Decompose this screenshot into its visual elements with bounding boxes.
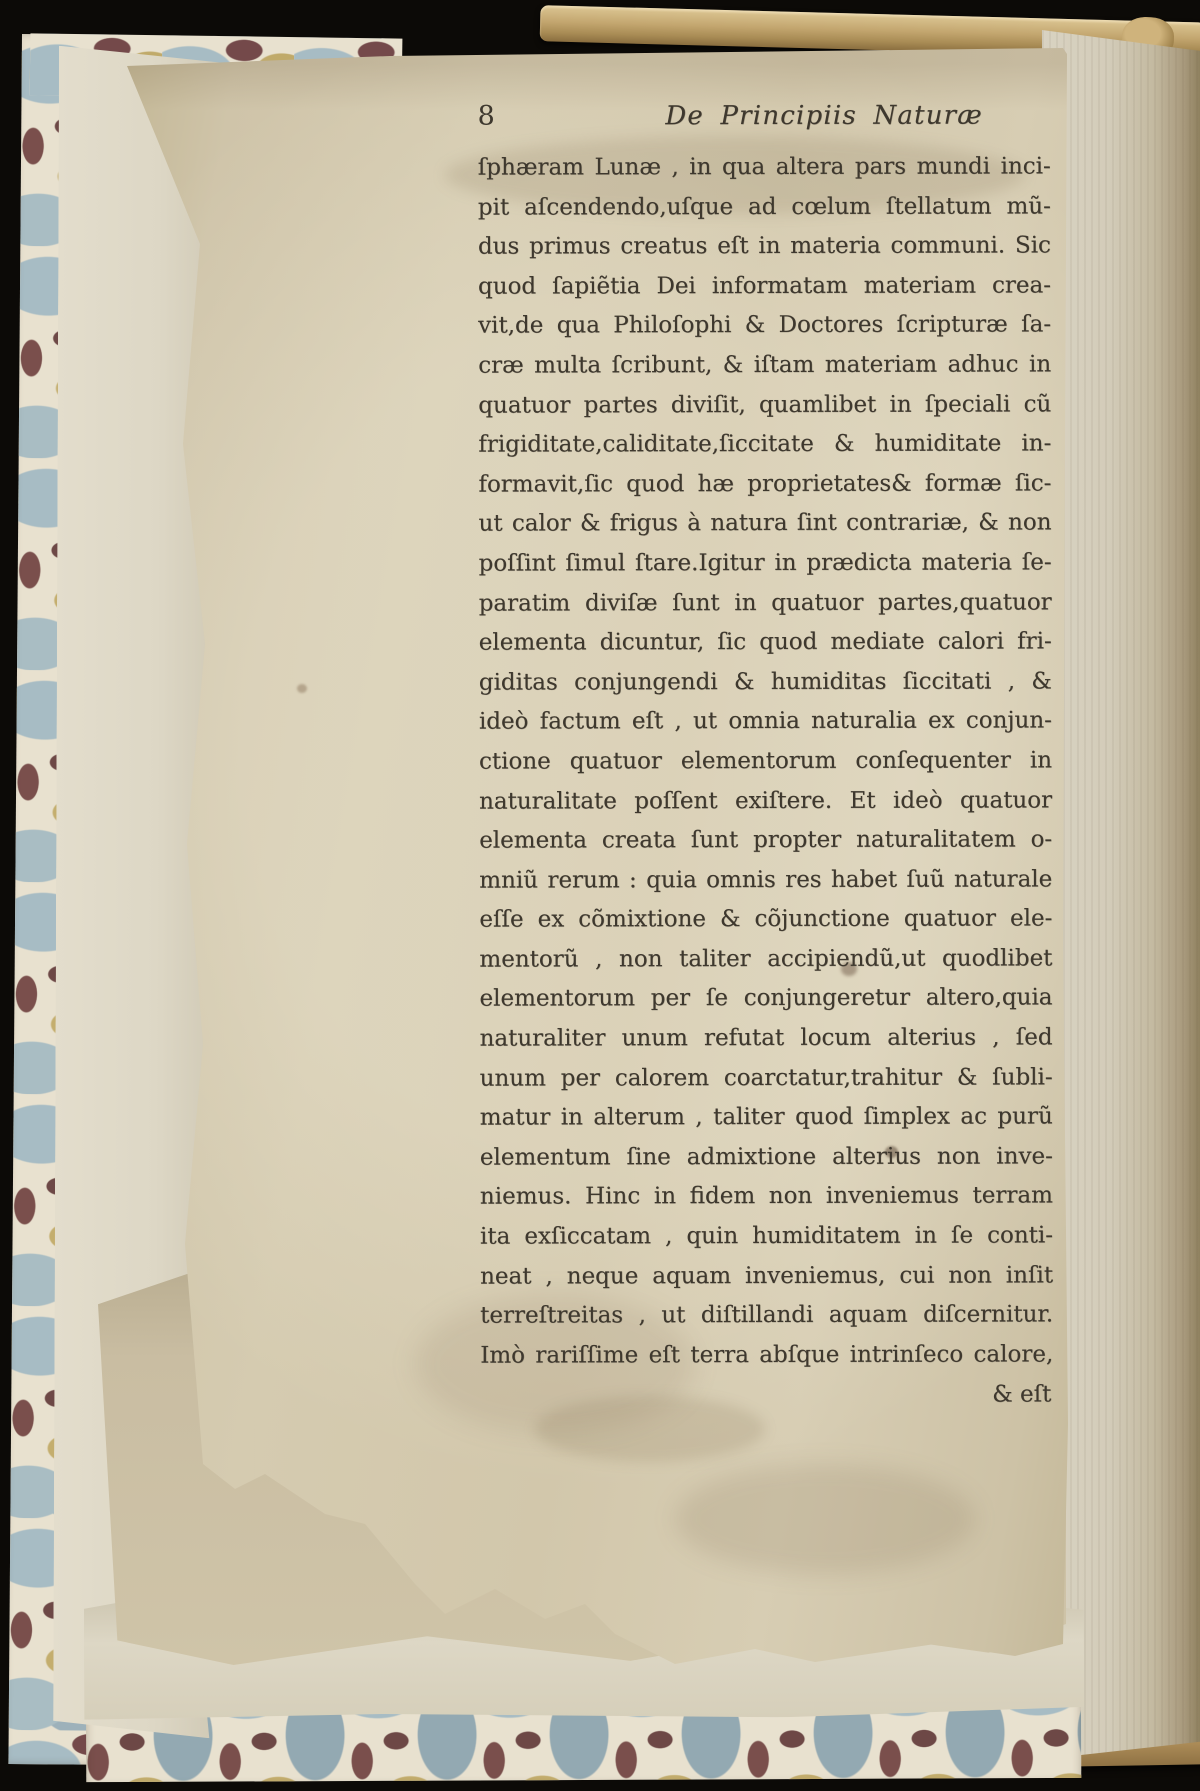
- text-line: mniũ rerum : quia omnis res habet ſuũ na…: [479, 860, 1052, 901]
- text-line: giditas conjungendi & humiditas ſiccitat…: [479, 662, 1052, 703]
- text-line: unum per calorem coarctatur,trahitur & ſ…: [480, 1058, 1053, 1099]
- text-line: ideò factum eſt , ut omnia naturalia ex …: [479, 702, 1052, 743]
- text-line: quatuor partes diviſit, quamlibet in ſpe…: [478, 385, 1051, 426]
- scan-background: { "document": { "kind": "early printed b…: [0, 0, 1200, 1791]
- text-line: Imò rariſſime eſt terra abſque intrinſec…: [480, 1335, 1053, 1376]
- text-line: elementum ſine admixtione alterius non i…: [480, 1137, 1053, 1178]
- text-line: ita exſiccatam , quin humiditatem in ſe …: [480, 1216, 1053, 1257]
- text-line: frigiditate,caliditate,ſiccitate & humid…: [478, 425, 1051, 466]
- catchword: & eſt: [480, 1375, 1053, 1416]
- text-line: terreſtreitas , ut diſtillandi aquam diſ…: [480, 1296, 1053, 1337]
- text-line: elementa creata ſunt propter naturalitat…: [479, 820, 1052, 861]
- text-line: elementorum per ſe conjungeretur altero,…: [479, 979, 1052, 1020]
- text-line: poſſint ſimul ſtare.Igitur in prædicta m…: [479, 543, 1052, 584]
- running-title: De Principiis Naturæ: [560, 100, 1089, 131]
- text-block: 8 De Principiis Naturæ ſphæram Lunæ , in…: [478, 99, 1054, 1416]
- paper-spot: [297, 684, 307, 693]
- text-line: elementa dicuntur, ſic quod mediate calo…: [479, 623, 1052, 664]
- text-line: naturaliter unum refutat locum alterius …: [480, 1018, 1053, 1059]
- text-line: ctione quatuor elementorum conſequenter …: [479, 741, 1052, 782]
- text-line: quod ſapiẽtia Dei informatam materiam cr…: [478, 266, 1051, 307]
- text-line: eſſe ex cõmixtione & cõjunctione quatuor…: [479, 900, 1052, 941]
- page-header: 8 De Principiis Naturæ: [478, 99, 1051, 142]
- body-text: ſphæram Lunæ , in qua altera pars mundi …: [478, 147, 1054, 1376]
- paper-stain: [675, 1464, 975, 1574]
- text-line: neat , neque aquam inveniemus, cui non i…: [480, 1256, 1053, 1297]
- text-line: matur in alterum , taliter quod ſimplex …: [480, 1098, 1053, 1139]
- text-line: ut calor & frigus à natura ſint contrari…: [478, 504, 1051, 545]
- text-line: vit,de qua Philoſophi & Doctores ſcriptu…: [478, 306, 1051, 347]
- text-line: mentorũ , non taliter accipiendũ,ut quod…: [479, 939, 1052, 980]
- text-line: cræ multa ſcribunt, & iſtam materiam adh…: [478, 345, 1051, 386]
- text-line: paratim diviſæ ſunt in quatuor partes,qu…: [479, 583, 1052, 624]
- text-line: pit aſcendendo,uſque ad cœlum ſtellatum …: [478, 187, 1051, 228]
- text-line: dus primus creatus eſt in materia commun…: [478, 227, 1051, 268]
- page-number: 8: [478, 101, 522, 132]
- text-line: ſphæram Lunæ , in qua altera pars mundi …: [478, 147, 1051, 188]
- text-line: formavit,ſic quod hæ proprietates& formæ…: [478, 464, 1051, 505]
- text-line: naturalitate poſſent exiſtere. Et ideò q…: [479, 781, 1052, 822]
- text-line: niemus. Hinc in fidem non inveniemus ter…: [480, 1177, 1053, 1218]
